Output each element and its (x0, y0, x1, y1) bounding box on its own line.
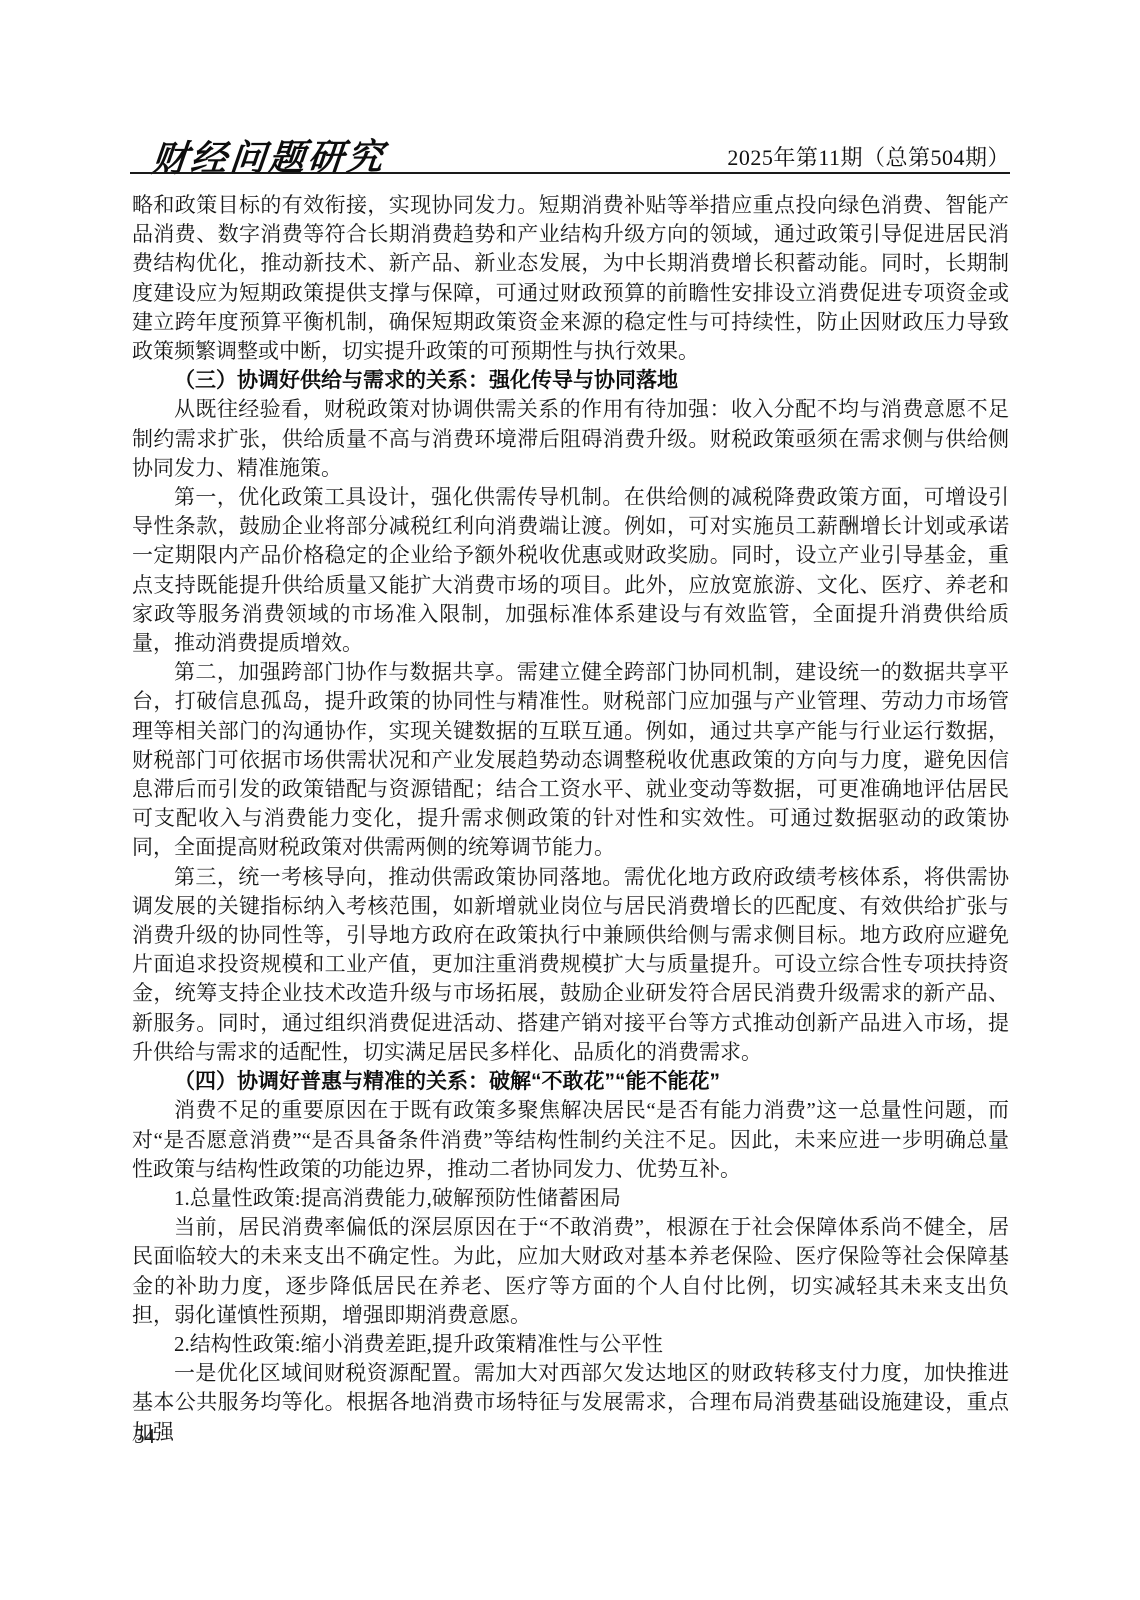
paragraph-continuation: 略和政策目标的有效衔接，实现协同发力。短期消费补贴等举措应重点投向绿色消费、智能… (132, 191, 1009, 366)
article-body: 略和政策目标的有效衔接，实现协同发力。短期消费补贴等举措应重点投向绿色消费、智能… (132, 191, 1009, 1447)
header-rule (130, 172, 1010, 174)
subheading-2: 2.结构性政策:缩小消费差距,提升政策精准性与公平性 (132, 1330, 1009, 1359)
paragraph: 第一，优化政策工具设计，强化供需传导机制。在供给侧的减税降费政策方面，可增设引导… (132, 483, 1009, 658)
section-heading-3: （三）协调好供给与需求的关系：强化传导与协同落地 (132, 366, 1009, 395)
subheading-1: 1.总量性政策:提高消费能力,破解预防性储蓄困局 (132, 1184, 1009, 1213)
page-header: 财经问题研究 2025年第11期（总第504期） (130, 130, 1010, 174)
paragraph: 从既往经验看，财税政策对协调供需关系的作用有待加强：收入分配不均与消费意愿不足制… (132, 395, 1009, 483)
paragraph: 消费不足的重要原因在于既有政策多聚焦解决居民“是否有能力消费”这一总量性问题，而… (132, 1096, 1009, 1184)
journal-page: 财经问题研究 2025年第11期（总第504期） 略和政策目标的有效衔接，实现协… (0, 0, 1140, 1600)
paragraph: 第二，加强跨部门协作与数据共享。需建立健全跨部门协同机制，建设统一的数据共享平台… (132, 658, 1009, 862)
journal-logo: 财经问题研究 (149, 129, 388, 182)
section-heading-4: （四）协调好普惠与精准的关系：破解“不敢花”“能不能花” (132, 1067, 1009, 1096)
paragraph: 第三，统一考核导向，推动供需政策协同落地。需优化地方政府政绩考核体系，将供需协调… (132, 863, 1009, 1067)
paragraph: 一是优化区域间财税资源配置。需加大对西部欠发达地区的财政转移支付力度，加快推进基… (132, 1359, 1009, 1447)
page-number: 54 (134, 1424, 155, 1449)
paragraph: 当前，居民消费率偏低的深层原因在于“不敢消费”，根源在于社会保障体系尚不健全，居… (132, 1213, 1009, 1330)
issue-info: 2025年第11期（总第504期） (727, 141, 1010, 172)
